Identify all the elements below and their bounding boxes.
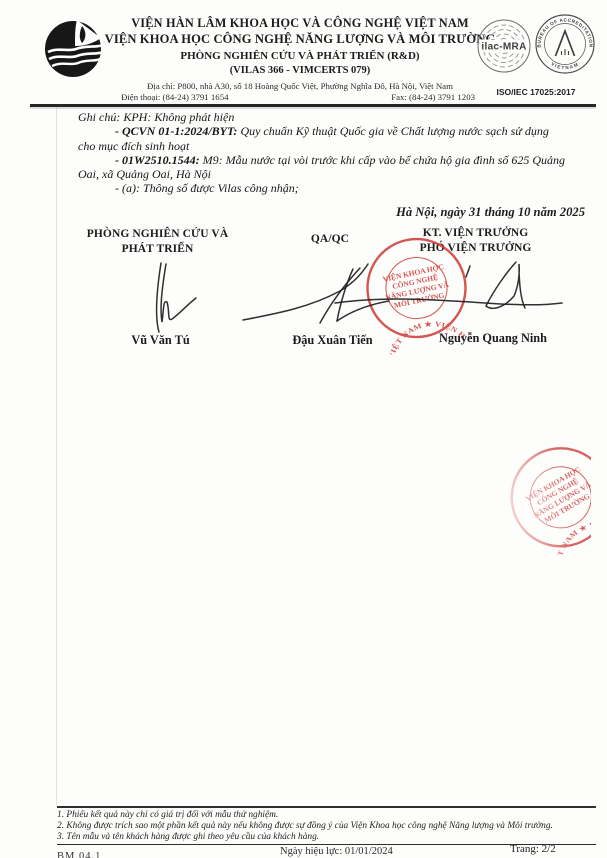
- footnote-1: 1. Phiếu kết quả này chỉ có giá trị đối …: [57, 810, 597, 821]
- signer-name-rnd: Vũ Văn Tú: [98, 333, 223, 348]
- footnotes-block: 1. Phiếu kết quả này chỉ có giá trị đối …: [57, 810, 597, 844]
- signatures-layer: [0, 0, 607, 858]
- form-code-label: BM.04.1: [57, 851, 101, 858]
- page-number-label: Trang: 2/2: [510, 843, 556, 855]
- signer-name-director: Nguyễn Quang Ninh: [418, 331, 568, 346]
- signature-vu-van-tu: [157, 263, 196, 332]
- footer-divider-top: [57, 806, 596, 808]
- footnote-3: 3. Tên mẫu và tên khách hàng được ghi th…: [57, 832, 597, 843]
- scanned-report-page: VIỆN HÀN LÂM KHOA HỌC VÀ CÔNG NGHỆ VIỆT …: [0, 0, 607, 858]
- footnote-2: 2. Không được trích sao một phần kết quả…: [57, 821, 597, 832]
- signature-nguyen-quang-ninh: [335, 262, 562, 308]
- signature-dau-xuan-tien: [243, 264, 389, 323]
- signer-name-qaqc: Đậu Xuân Tiến: [270, 333, 395, 348]
- effective-date-label: Ngày hiệu lực: 01/01/2024: [280, 846, 393, 857]
